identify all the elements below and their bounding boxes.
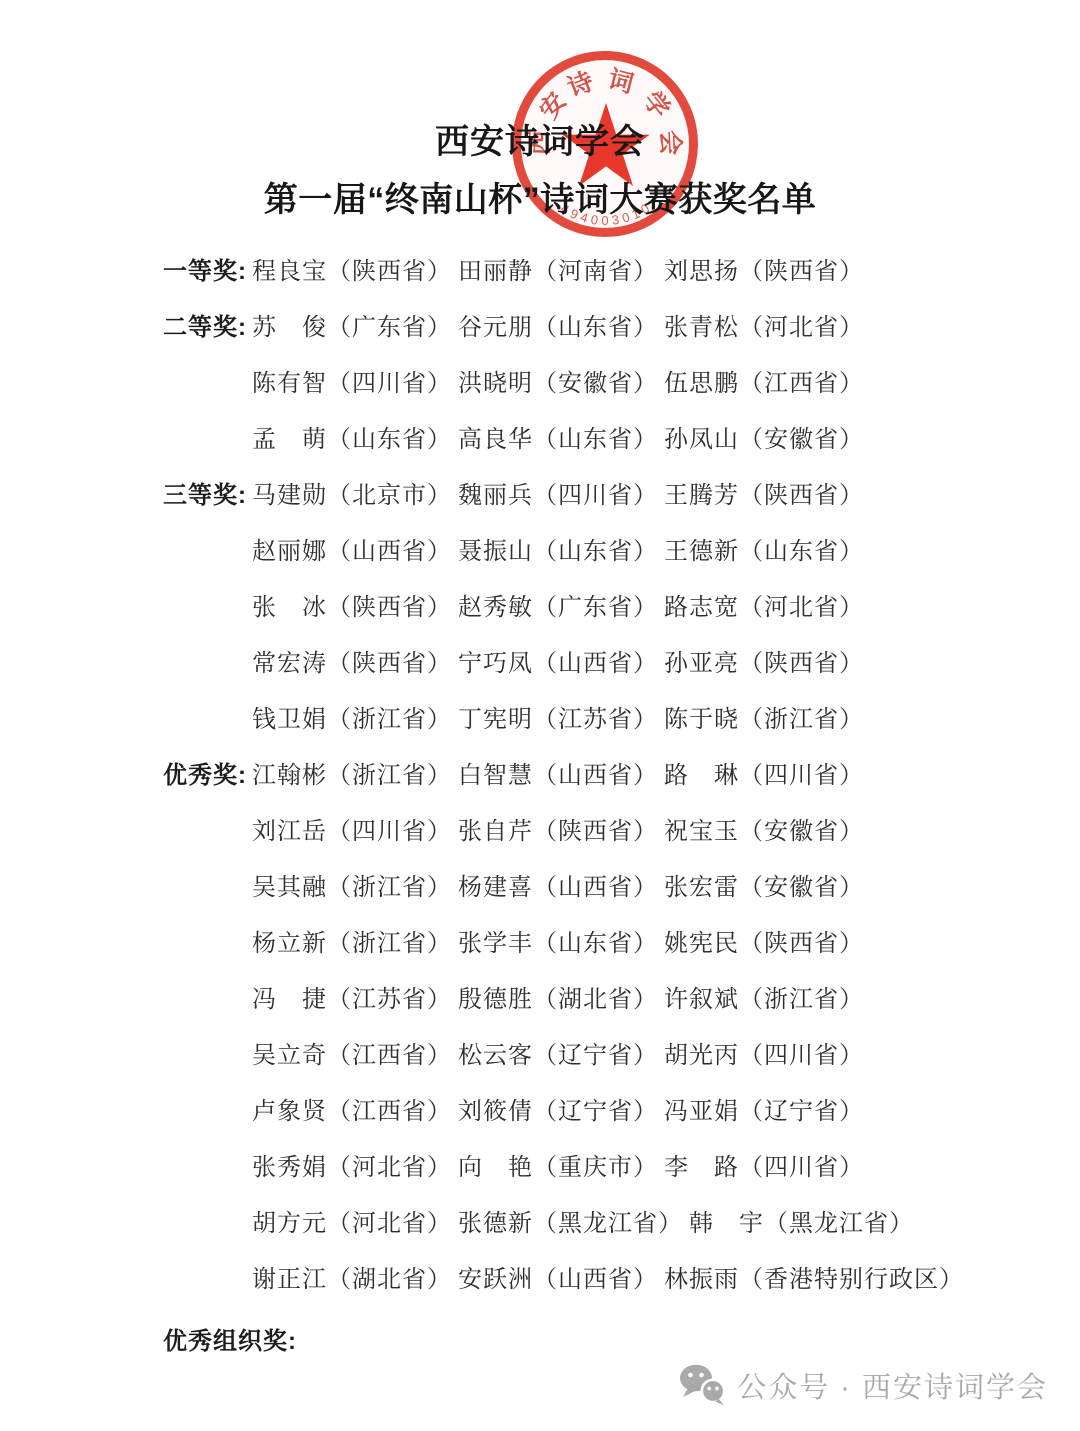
award-row: 赵丽娜（山西省）聂振山（山东省）王德新（山东省） <box>0 520 1080 576</box>
award-row: 一等奖:程良宝（陕西省）田丽静（河南省）刘思扬（陕西省） <box>0 240 1080 296</box>
winner-cell: 杨立新（浙江省） <box>252 923 458 958</box>
winner-cell: 高良华（山东省） <box>458 419 664 454</box>
award-row: 张 冰（陕西省）赵秀敏（广东省）路志宽（河北省） <box>0 576 1080 632</box>
winner-cell: 吴立奇（江西省） <box>252 1035 458 1070</box>
winner-cell: 许叙斌（浙江省） <box>664 979 870 1014</box>
winner-cell: 常宏涛（陕西省） <box>252 643 458 678</box>
winner-cell: 伍思鹏（江西省） <box>664 363 870 398</box>
winner-cell: 丁宪明（江苏省） <box>458 699 664 734</box>
winner-cell: 路志宽（河北省） <box>664 587 870 622</box>
award-row: 孟 萌（山东省）高良华（山东省）孙凤山（安徽省） <box>0 408 1080 464</box>
winner-cell: 王德新（山东省） <box>664 531 870 566</box>
winner-cell: 向 艳（重庆市） <box>458 1147 664 1182</box>
winner-cell: 孟 萌（山东省） <box>252 419 458 454</box>
page-title: 西安诗词学会 <box>0 114 1080 163</box>
wechat-icon <box>679 1364 727 1406</box>
winner-cell: 程良宝（陕西省） <box>252 251 458 286</box>
winner-cell: 张自芹（陕西省） <box>458 811 664 846</box>
award-row: 吴立奇（江西省）松云客（辽宁省）胡光丙（四川省） <box>0 1024 1080 1080</box>
winner-cell: 张宏雷（安徽省） <box>664 867 870 902</box>
watermark: 公众号 · 西安诗词学会 <box>0 1364 1048 1406</box>
winner-cell: 祝宝玉（安徽省） <box>664 811 870 846</box>
winner-cell: 赵丽娜（山西省） <box>252 531 458 566</box>
winner-cell: 杨建喜（山西省） <box>458 867 664 902</box>
award-row: 刘江岳（四川省）张自芹（陕西省）祝宝玉（安徽省） <box>0 800 1080 856</box>
award-row: 张秀娟（河北省）向 艳（重庆市）李 路（四川省） <box>0 1136 1080 1192</box>
winner-cell: 白智慧（山西省） <box>458 755 664 790</box>
award-row: 陈有智（四川省）洪晓明（安徽省）伍思鹏（江西省） <box>0 352 1080 408</box>
page-subtitle: 第一届“终南山杯”诗词大赛获奖名单 <box>0 172 1080 221</box>
award-row: 钱卫娟（浙江省）丁宪明（江苏省）陈于晓（浙江省） <box>0 688 1080 744</box>
winner-cell: 韩 宇（黑龙江省） <box>689 1203 920 1238</box>
winner-cell: 殷德胜（湖北省） <box>458 979 664 1014</box>
award-row: 优秀奖:江翰彬（浙江省）白智慧（山西省）路 琳（四川省） <box>0 744 1080 800</box>
winner-cell: 刘筱倩（辽宁省） <box>458 1091 664 1126</box>
winner-cell: 赵秀敏（广东省） <box>458 587 664 622</box>
winner-cell: 谢正江（湖北省） <box>252 1259 458 1294</box>
winner-cell: 张学丰（山东省） <box>458 923 664 958</box>
winner-cell: 陈有智（四川省） <box>252 363 458 398</box>
award-label: 一等奖: <box>163 251 252 286</box>
winner-cell: 陈于晓（浙江省） <box>664 699 870 734</box>
award-row: 二等奖:苏 俊（广东省）谷元朋（山东省）张青松（河北省） <box>0 296 1080 352</box>
winner-cell: 冯 捷（江苏省） <box>252 979 458 1014</box>
award-row: 卢象贤（江西省）刘筱倩（辽宁省）冯亚娟（辽宁省） <box>0 1080 1080 1136</box>
award-row: 三等奖:马建勋（北京市）魏丽兵（四川省）王腾芳（陕西省） <box>0 464 1080 520</box>
winner-cell: 冯亚娟（辽宁省） <box>664 1091 870 1126</box>
winner-cell: 孙凤山（安徽省） <box>664 419 870 454</box>
award-label: 二等奖: <box>163 307 252 342</box>
winner-cell: 洪晓明（安徽省） <box>458 363 664 398</box>
winner-cell: 张青松（河北省） <box>664 307 870 342</box>
winner-cell: 苏 俊（广东省） <box>252 307 458 342</box>
winner-cell: 林振雨（香港特别行政区） <box>664 1259 970 1294</box>
winner-cell: 姚宪民（陕西省） <box>664 923 870 958</box>
winner-cell: 王腾芳（陕西省） <box>664 475 870 510</box>
award-label: 优秀奖: <box>163 755 252 790</box>
winner-cell: 宁巧凤（山西省） <box>458 643 664 678</box>
award-row: 优秀组织奖: <box>0 1310 1080 1366</box>
winner-cell: 路 琳（四川省） <box>664 755 870 790</box>
winner-cell: 田丽静（河南省） <box>458 251 664 286</box>
watermark-text: 公众号 · 西安诗词学会 <box>737 1365 1048 1406</box>
award-label: 三等奖: <box>163 475 252 510</box>
winner-cell: 张 冰（陕西省） <box>252 587 458 622</box>
winner-cell: 马建勋（北京市） <box>252 475 458 510</box>
winner-cell: 谷元朋（山东省） <box>458 307 664 342</box>
winner-cell: 魏丽兵（四川省） <box>458 475 664 510</box>
award-row: 冯 捷（江苏省）殷德胜（湖北省）许叙斌（浙江省） <box>0 968 1080 1024</box>
winner-cell: 卢象贤（江西省） <box>252 1091 458 1126</box>
winner-cell: 江翰彬（浙江省） <box>252 755 458 790</box>
winner-cell: 刘思扬（陕西省） <box>664 251 870 286</box>
winner-cell: 胡方元（河北省） <box>252 1203 458 1238</box>
award-row: 杨立新（浙江省）张学丰（山东省）姚宪民（陕西省） <box>0 912 1080 968</box>
winner-cell: 钱卫娟（浙江省） <box>252 699 458 734</box>
winner-cell: 聂振山（山东省） <box>458 531 664 566</box>
award-label: 优秀组织奖: <box>163 1321 297 1356</box>
winner-cell: 张秀娟（河北省） <box>252 1147 458 1182</box>
winner-cell: 胡光丙（四川省） <box>664 1035 870 1070</box>
winner-cell: 孙亚亮（陕西省） <box>664 643 870 678</box>
award-row: 谢正江（湖北省）安跃洲（山西省）林振雨（香港特别行政区） <box>0 1248 1080 1304</box>
winner-cell: 刘江岳（四川省） <box>252 811 458 846</box>
award-row: 胡方元（河北省）张德新（黑龙江省）韩 宇（黑龙江省） <box>0 1192 1080 1248</box>
winner-cell: 李 路（四川省） <box>664 1147 870 1182</box>
winner-cell: 张德新（黑龙江省） <box>458 1203 689 1238</box>
awards-list: 一等奖:程良宝（陕西省）田丽静（河南省）刘思扬（陕西省）二等奖:苏 俊（广东省）… <box>0 240 1080 1366</box>
award-row: 常宏涛（陕西省）宁巧凤（山西省）孙亚亮（陕西省） <box>0 632 1080 688</box>
award-row: 吴其融（浙江省）杨建喜（山西省）张宏雷（安徽省） <box>0 856 1080 912</box>
winner-cell: 松云客（辽宁省） <box>458 1035 664 1070</box>
winner-cell: 安跃洲（山西省） <box>458 1259 664 1294</box>
page-root: 西安诗词学会 010300494 西安诗词学会 第一届“终南山杯”诗词大赛获奖名… <box>0 0 1080 1431</box>
winner-cell: 吴其融（浙江省） <box>252 867 458 902</box>
